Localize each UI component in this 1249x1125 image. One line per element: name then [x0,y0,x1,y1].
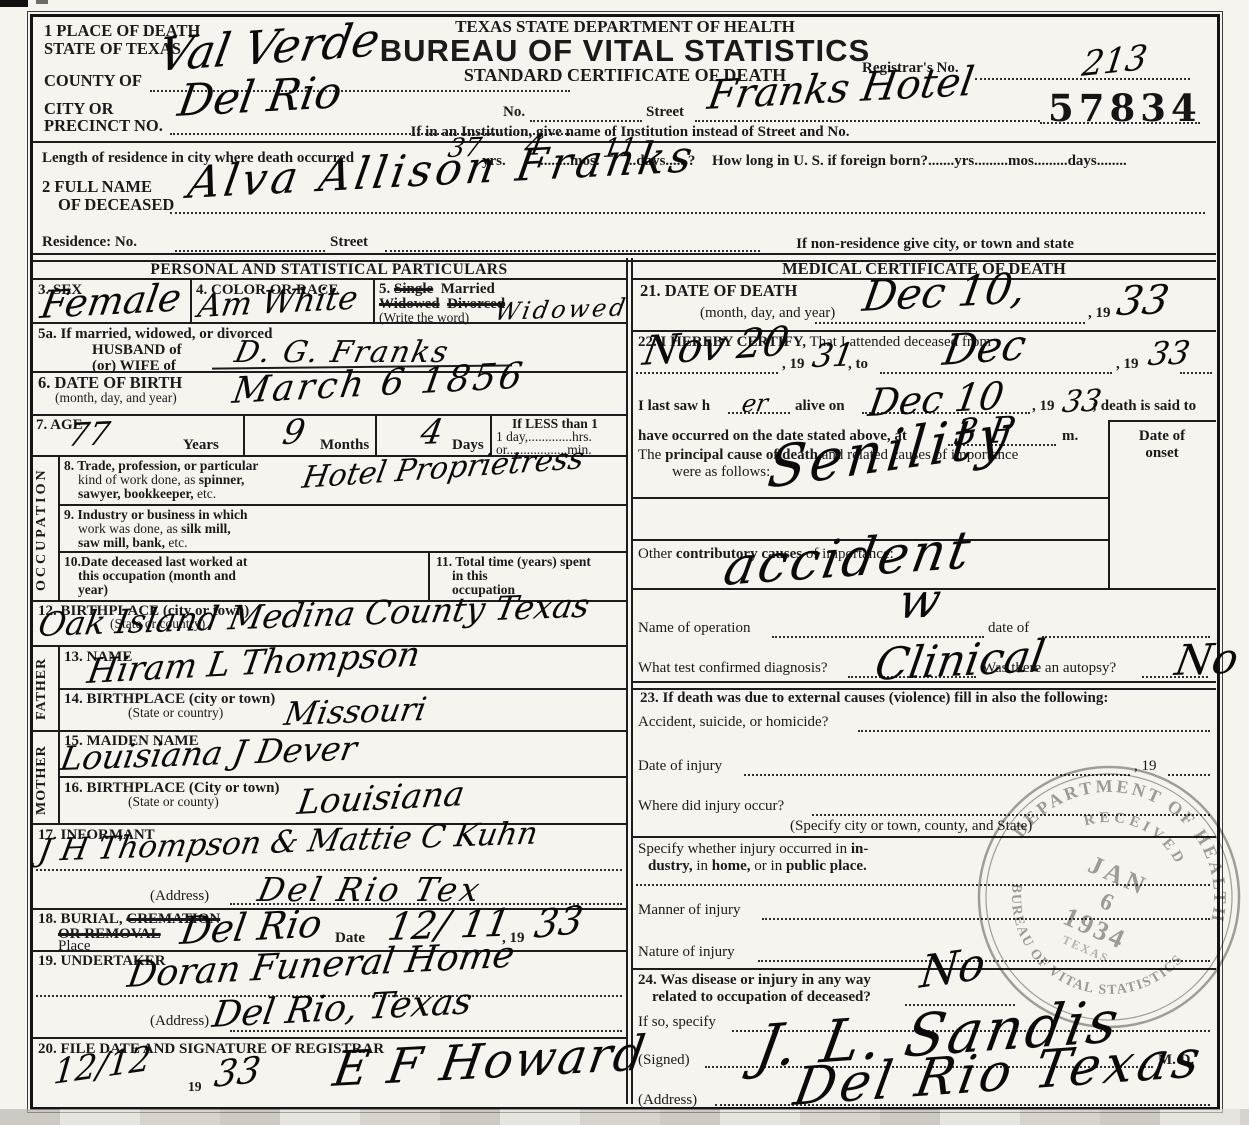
last-worked-label-3: year) [78,583,108,598]
foreign-born-label: How long in U. S. if foreign born?......… [712,153,1127,170]
sp2b: in [693,858,712,874]
residence-street-dotted [385,250,760,252]
married-option: Married [441,281,495,297]
last-saw-dotted-1 [728,412,790,414]
to-label: , to [848,356,868,373]
precinct-label: PRECINCT NO. [44,117,163,135]
where-injury-label: Where did injury occur? [638,798,784,815]
trade-label-3: sawyer, bookkeeper, etc. [78,487,216,502]
rule [58,688,626,690]
nonresidence-note: If non-residence give city, or town and … [770,236,1100,253]
attended-dotted-3 [1180,372,1212,374]
test-label: What test confirmed diagnosis? [638,660,828,677]
rule [58,504,626,506]
cell-divider [375,415,377,455]
sp2e: public place. [786,858,867,874]
mother-side-label: MOTHER [34,740,56,820]
attended-dotted-1 [636,372,778,374]
to-year-handwritten: 33 [1146,336,1192,370]
street-dotted-line [695,120,1040,122]
occupation-side-label: OCCUPATION [34,460,56,598]
nature-of-injury-label: Nature of injury [638,944,735,961]
left-column-title: PERSONAL AND STATISTICAL PARTICULARS [32,261,626,278]
sex-handwritten: Female [38,278,184,324]
sp1a: Specify whether injury occurred in [638,841,851,857]
informant-address-label: (Address) [150,888,209,905]
t8b: kind of work done, as [78,472,199,487]
sp1b: in- [851,841,869,857]
death-certificate-scan: 1 PLACE OF DEATH STATE OF TEXAS COUNTY O… [0,0,1249,1125]
scan-artifact [36,0,48,4]
dob-sub-label: (month, day, and year) [55,391,177,406]
last-saw-label-1: I last saw h [638,398,710,415]
county-label: COUNTY OF [44,72,142,90]
full-name-dotted-line [170,212,1205,214]
occupation-related-label-1: 24. Was disease or injury in any way [638,972,871,989]
m5: 5. [379,281,390,297]
accident-suicide-label: Accident, suicide, or homicide? [638,714,828,731]
mother-bp-handwritten: Louisiana [295,777,467,820]
autopsy-handwritten: No [1172,638,1241,682]
onset-box-top [1108,420,1216,422]
sp2a: dustry, [648,858,693,874]
dod-dotted [815,322,1085,324]
onset-label-1: Date of [1110,428,1214,445]
rule [58,776,626,778]
burial-year-handwritten: 33 [532,900,586,944]
years-label: Years [183,437,219,454]
industry-label-3: saw mill, bank, etc. [78,536,188,551]
i9b-bold: silk mill, [181,521,231,536]
marital-handwritten: Widowed [493,295,630,324]
cell-divider [373,279,375,322]
last-saw-label-3: ; death is said to [1092,398,1196,415]
cell-divider [243,415,245,455]
age-years-handwritten: 77 [66,417,112,451]
rule [632,497,1108,499]
from-19-label: , 19 [782,356,805,373]
dod-handwritten: Dec 10, [860,267,1029,318]
sp2c: home, [712,858,751,874]
mother-bp-sub: (State or county) [128,795,219,810]
father-side-label: FATHER [34,652,56,726]
dod-label: 21. DATE OF DEATH [640,282,797,300]
stamp-jan: JAN [1084,850,1153,902]
mother-name-handwritten: Louisiana J Dever [58,731,360,775]
to-19-label: , 19 [1116,356,1139,373]
signed-label: (Signed) [638,1052,690,1069]
occupation-related-label-2: related to occupation of deceased? [652,989,871,1006]
dod-19-label: , 19 [1088,305,1111,322]
street-label: Street [646,104,684,121]
if-so-specify-label: If so, specify [638,1014,716,1031]
specify-label-1: Specify whether injury occurred in in- [638,841,868,858]
burial-head: 18. BURIAL, [38,911,123,927]
spouse-label-2: HUSBAND of [92,342,182,359]
cc1: Other [638,546,676,562]
rule [58,551,626,553]
physician-address-label: (Address) [638,1092,697,1109]
no-dotted-line [530,120,642,122]
full-name-label-2: OF DECEASED [58,196,174,214]
father-bp-handwritten: Missouri [282,693,429,730]
external-causes-label: 23. If death was due to external causes … [640,690,1108,707]
last-saw-label-2: alive on [795,398,845,415]
manner-of-injury-label: Manner of injury [638,902,740,919]
cell-divider [190,279,192,322]
operation-label: Name of operation [638,620,750,637]
i9c-bold: saw mill, bank, [78,535,165,550]
residence-no-label: Residence: No. [42,234,137,251]
double-rule [632,681,1216,690]
last-saw-19-label: , 19 [1032,398,1055,415]
autopsy-label: Was there an autopsy? [982,660,1116,677]
undertaker-address-label: (Address) [150,1013,209,1030]
residence-street-label: Street [330,234,368,251]
sp2d: or in [751,858,786,874]
single-option: Single [394,281,433,297]
principal-label-2: were as follows: [672,464,770,481]
pc1: The [638,447,665,463]
occurred-m-label: m. [1062,428,1078,445]
scan-artifact [0,0,28,7]
residence-no-dotted [175,250,325,252]
informant-address-handwritten: Del Rio Tex [255,873,485,906]
i9c: etc. [165,535,188,550]
street-no-label: No. [503,104,525,121]
date-of-injury-label: Date of injury [638,758,722,775]
i9b: work was done, as [78,521,181,536]
father-bp-sub: (State or country) [128,706,223,721]
rule [32,322,626,324]
t8b-bold: spinner, [199,472,245,487]
full-name-label-1: 2 FULL NAME [42,178,152,196]
file-19-label: 19 [188,1080,202,1095]
e23a: 23. If death was due to external causes … [640,690,894,706]
dod-year-handwritten: 33 [1114,280,1172,322]
e23c: ) fill in also the following: [945,690,1108,706]
attended-from-handwritten: Nov 20 [640,321,792,372]
burial-place-handwritten: Del Rio [178,904,325,950]
t8c-bold: sawyer, bookkeeper, [78,486,194,501]
bureau-title: BUREAU OF VITAL STATISTICS [340,34,910,68]
violence-bold: violence [894,690,946,706]
onset-label-2: onset [1110,445,1214,462]
race-handwritten: Am White [196,281,360,322]
months-label: Months [320,437,369,454]
side-rule [58,456,60,600]
city-value-handwritten: Del Rio [175,71,345,124]
column-divider [626,258,628,1104]
registrar-no-handwritten: 213 [1080,41,1149,82]
t8c: etc. [194,486,217,501]
certnum-dotted-line [1040,122,1200,124]
scan-bottom-band [0,1109,1249,1125]
attended-to-handwritten: Dec [940,324,1029,372]
file-year-handwritten: 33 [212,1052,263,1094]
specify-label-2: dustry, in home, or in public place. [648,858,867,875]
